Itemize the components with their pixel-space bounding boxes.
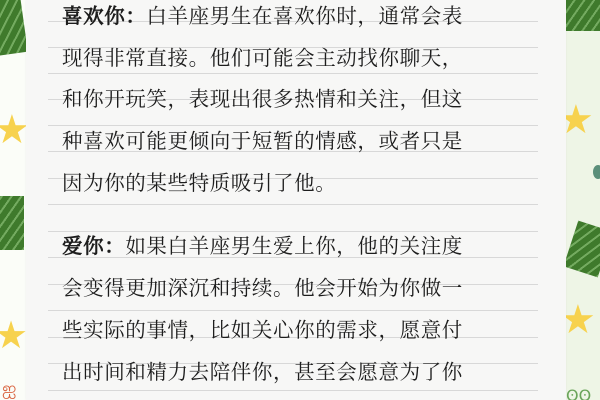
gift-box-icon — [0, 196, 24, 250]
ruled-line — [48, 73, 538, 74]
lined-paper: 喜欢你：白羊座男生在喜欢你时，通常会表 现得非常直接。他们可能会主动找你聊天， … — [26, 0, 566, 400]
ruled-line — [48, 231, 538, 232]
gift-box-icon — [563, 0, 600, 31]
ruled-line — [48, 310, 538, 311]
paragraph-line: 出时间和精力去陪伴你，甚至会愿意为了你 — [62, 359, 562, 385]
bow-icon: ஐ — [2, 380, 16, 398]
paragraph-heading: 喜欢你 — [62, 4, 125, 28]
heading-separator: ： — [125, 4, 146, 28]
ruled-line — [48, 390, 538, 391]
heading-separator: ： — [104, 234, 125, 258]
star-icon: ★ — [0, 316, 28, 354]
ruled-line — [48, 125, 538, 126]
paragraph-line: 现得非常直接。他们可能会主动找你聊天， — [62, 45, 562, 71]
paragraph-line: 和你开玩笑，表现出很多热情和关注，但这 — [62, 86, 562, 112]
paragraph-line: 爱你：如果白羊座男生爱上你，他的关注度 — [62, 233, 562, 259]
dot-icon — [593, 165, 600, 179]
paragraph-line: 种喜欢可能更倾向于短暂的情感，或者只是 — [62, 128, 562, 154]
ruled-line — [48, 204, 538, 205]
paragraph-heading: 爱你 — [62, 234, 104, 258]
line-text: 如果白羊座男生爱上你，他的关注度 — [125, 234, 463, 258]
sprig-icon: ʘʘ — [566, 388, 591, 400]
paragraph-line: 会变得更加深沉和持续。他会开始为你做一 — [62, 275, 562, 301]
paragraph-line: 些实际的事情，比如关心你的需求，愿意付 — [62, 317, 562, 343]
paragraph-line: 喜欢你：白羊座男生在喜欢你时，通常会表 — [62, 3, 562, 29]
paragraph-line: 因为你的某些特质吸引了他。 — [62, 170, 562, 196]
line-text: 白羊座男生在喜欢你时，通常会表 — [146, 4, 463, 28]
